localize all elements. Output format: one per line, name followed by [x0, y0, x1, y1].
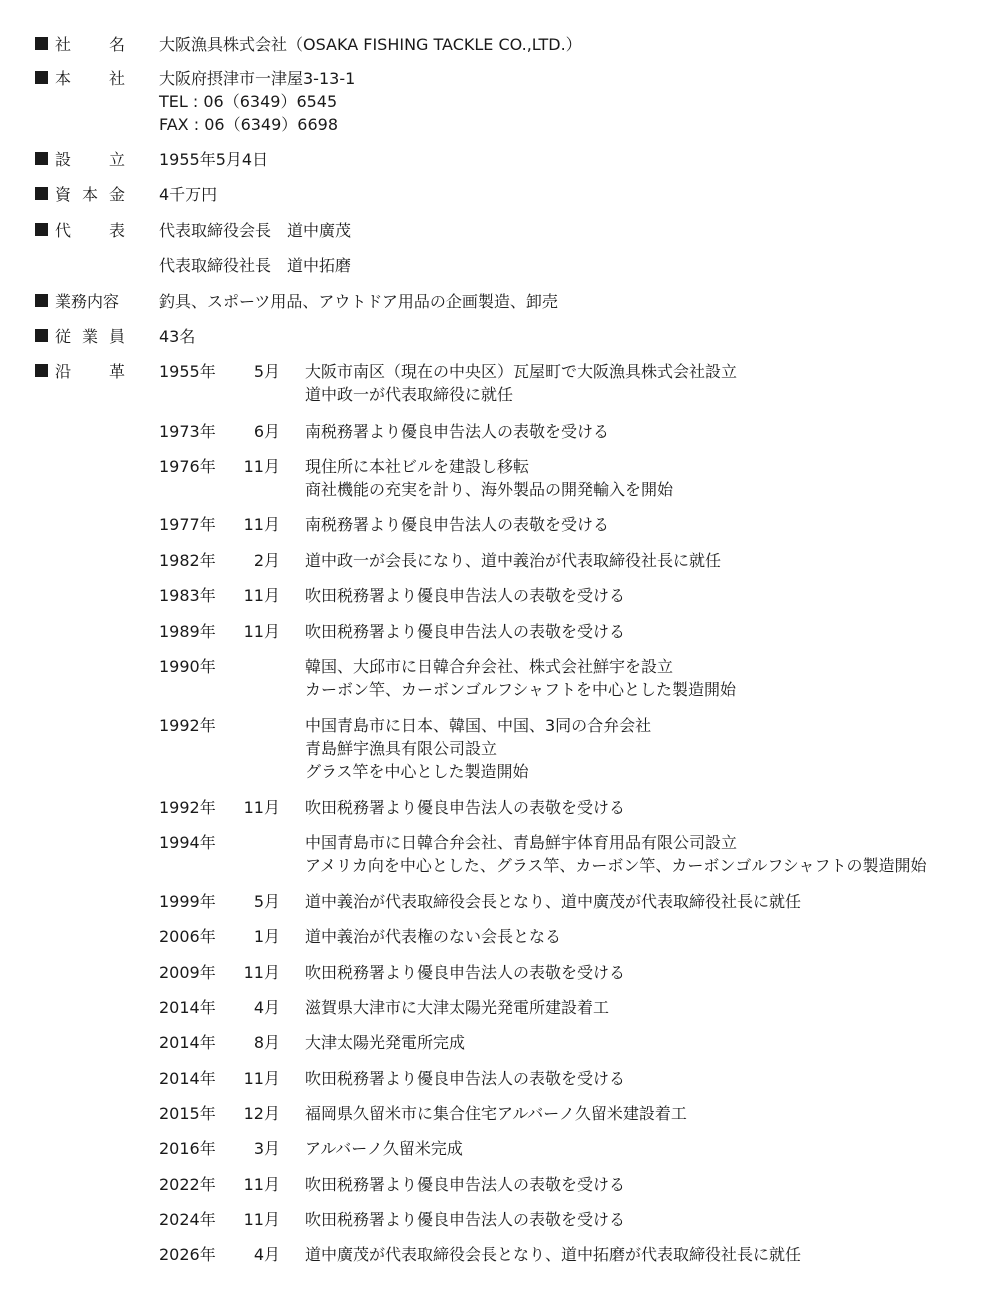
- history-event-line: 道中廣茂が代表取締役会長となり、道中拓磨が代表取締役社長に就任: [305, 1243, 801, 1266]
- square-bullet-icon: [35, 152, 48, 165]
- history-month: 11月: [230, 513, 280, 536]
- history-event-line: 吹田税務署より優良申告法人の表敬を受ける: [305, 961, 625, 984]
- history-event: 福岡県久留米市に集合住宅アルバーノ久留米建設着工: [305, 1102, 687, 1125]
- history-month: 12月: [230, 1102, 280, 1125]
- history-month: 3月: [230, 1137, 280, 1160]
- field-label: 業務内容: [55, 290, 125, 313]
- field-label: 資 本 金: [55, 183, 125, 206]
- history-event-line: 吹田税務署より優良申告法人の表敬を受ける: [305, 1208, 625, 1231]
- field-label: 社 名: [55, 33, 125, 56]
- history-event-line: 中国青島市に日本、韓国、中国、3同の合弁会社: [305, 714, 651, 737]
- history-month: 11月: [230, 961, 280, 984]
- history-event: 大阪市南区（現在の中央区）瓦屋町で大阪漁具株式会社設立道中政一が代表取締役に就任: [305, 360, 737, 406]
- history-year: 1992年: [159, 796, 216, 819]
- business-value: 釣具、スポーツ用品、アウトドア用品の企画製造、卸売: [159, 290, 558, 313]
- history-month: 11月: [230, 584, 280, 607]
- history-event-line: 道中政一が代表取締役に就任: [305, 383, 737, 406]
- history-event-line: 吹田税務署より優良申告法人の表敬を受ける: [305, 1173, 625, 1196]
- square-bullet-icon: [35, 37, 48, 50]
- company-name-value: 大阪漁具株式会社（OSAKA FISHING TACKLE CO.,LTD.）: [159, 33, 582, 56]
- history-event-line: グラス竿を中心とした製造開始: [305, 760, 651, 783]
- history-month: 11月: [230, 1173, 280, 1196]
- history-event-line: 道中義治が代表権のない会長となる: [305, 925, 561, 948]
- employees-value: 43名: [159, 325, 195, 348]
- history-month: 4月: [230, 1243, 280, 1266]
- square-bullet-icon: [35, 223, 48, 236]
- history-event: 南税務署より優良申告法人の表敬を受ける: [305, 420, 609, 443]
- history-event: 吹田税務署より優良申告法人の表敬を受ける: [305, 620, 625, 643]
- history-year: 1999年: [159, 890, 216, 913]
- history-event-line: 青島鮮宇漁具有限公司設立: [305, 737, 651, 760]
- history-event-line: 滋賀県大津市に大津太陽光発電所建設着工: [305, 996, 609, 1019]
- history-event-line: 吹田税務署より優良申告法人の表敬を受ける: [305, 620, 625, 643]
- history-event: 吹田税務署より優良申告法人の表敬を受ける: [305, 1173, 625, 1196]
- history-year: 1992年: [159, 714, 216, 737]
- field-label: 従 業 員: [55, 325, 125, 348]
- history-event: 吹田税務署より優良申告法人の表敬を受ける: [305, 796, 625, 819]
- history-year: 1983年: [159, 584, 216, 607]
- history-event: 中国青島市に日本、韓国、中国、3同の合弁会社青島鮮宇漁具有限公司設立グラス竿を中…: [305, 714, 651, 783]
- history-month: 6月: [230, 420, 280, 443]
- square-bullet-icon: [35, 294, 48, 307]
- history-year: 2022年: [159, 1173, 216, 1196]
- field-label: 本 社: [55, 67, 125, 90]
- history-year: 2016年: [159, 1137, 216, 1160]
- fax: FAX : 06（6349）6698: [159, 113, 355, 136]
- history-event-line: アルバーノ久留米完成: [305, 1137, 463, 1160]
- history-event-line: 吹田税務署より優良申告法人の表敬を受ける: [305, 1067, 625, 1090]
- history-event-line: 大阪市南区（現在の中央区）瓦屋町で大阪漁具株式会社設立: [305, 360, 737, 383]
- history-year: 2006年: [159, 925, 216, 948]
- history-event: 大津太陽光発電所完成: [305, 1031, 465, 1054]
- history-event: 道中政一が会長になり、道中義治が代表取締役社長に就任: [305, 549, 721, 572]
- history-year: 1955年: [159, 360, 216, 383]
- history-month: 11月: [230, 455, 280, 478]
- history-year: 2009年: [159, 961, 216, 984]
- square-bullet-icon: [35, 71, 48, 84]
- history-event-line: 南税務署より優良申告法人の表敬を受ける: [305, 420, 609, 443]
- representative-chairman: 代表取締役会長 道中廣茂: [159, 219, 351, 242]
- history-month: 8月: [230, 1031, 280, 1054]
- history-event-line: 道中義治が代表取締役会長となり、道中廣茂が代表取締役社長に就任: [305, 890, 801, 913]
- history-year: 2026年: [159, 1243, 216, 1266]
- history-month: 4月: [230, 996, 280, 1019]
- history-event-line: 道中政一が会長になり、道中義治が代表取締役社長に就任: [305, 549, 721, 572]
- founded-value: 1955年5月4日: [159, 148, 268, 171]
- history-event-line: 商社機能の充実を計り、海外製品の開発輸入を開始: [305, 478, 673, 501]
- history-event-line: 大津太陽光発電所完成: [305, 1031, 465, 1054]
- history-year: 1977年: [159, 513, 216, 536]
- history-event-line: 中国青島市に日韓合弁会社、青島鮮宇体育用品有限公司設立: [305, 831, 926, 854]
- history-event: 吹田税務署より優良申告法人の表敬を受ける: [305, 961, 625, 984]
- history-event-line: 南税務署より優良申告法人の表敬を受ける: [305, 513, 609, 536]
- history-month: 1月: [230, 925, 280, 948]
- history-event: アルバーノ久留米完成: [305, 1137, 463, 1160]
- history-event: 吹田税務署より優良申告法人の表敬を受ける: [305, 584, 625, 607]
- history-year: 2014年: [159, 1031, 216, 1054]
- history-event: 中国青島市に日韓合弁会社、青島鮮宇体育用品有限公司設立アメリカ向を中心とした、グ…: [305, 831, 926, 877]
- history-event-line: 現住所に本社ビルを建設し移転: [305, 455, 673, 478]
- history-year: 2024年: [159, 1208, 216, 1231]
- history-year: 1989年: [159, 620, 216, 643]
- history-event-line: 吹田税務署より優良申告法人の表敬を受ける: [305, 796, 625, 819]
- tel: TEL : 06（6349）6545: [159, 90, 355, 113]
- square-bullet-icon: [35, 329, 48, 342]
- history-event: 現住所に本社ビルを建設し移転商社機能の充実を計り、海外製品の開発輸入を開始: [305, 455, 673, 501]
- history-year: 2015年: [159, 1102, 216, 1125]
- history-event-line: アメリカ向を中心とした、グラス竿、カーボン竿、カーボンゴルフシャフトの製造開始: [305, 854, 926, 877]
- history-month: 11月: [230, 1067, 280, 1090]
- history-year: 2014年: [159, 1067, 216, 1090]
- address: 大阪府摂津市一津屋3-13-1: [159, 67, 355, 90]
- history-event: 吹田税務署より優良申告法人の表敬を受ける: [305, 1208, 625, 1231]
- history-event: 吹田税務署より優良申告法人の表敬を受ける: [305, 1067, 625, 1090]
- history-year: 1990年: [159, 655, 216, 678]
- history-year: 2014年: [159, 996, 216, 1019]
- history-month: 11月: [230, 1208, 280, 1231]
- representative-president: 代表取締役社長 道中拓磨: [159, 254, 351, 277]
- history-event-line: 吹田税務署より優良申告法人の表敬を受ける: [305, 584, 625, 607]
- history-event: 滋賀県大津市に大津太陽光発電所建設着工: [305, 996, 609, 1019]
- field-label: 沿 革: [55, 360, 125, 383]
- history-event-line: 韓国、大邱市に日韓合弁会社、株式会社鮮宇を設立: [305, 655, 736, 678]
- square-bullet-icon: [35, 364, 48, 377]
- history-month: 5月: [230, 890, 280, 913]
- history-year: 1976年: [159, 455, 216, 478]
- field-label: 設 立: [55, 148, 125, 171]
- history-event: 道中廣茂が代表取締役会長となり、道中拓磨が代表取締役社長に就任: [305, 1243, 801, 1266]
- field-label: 代 表: [55, 219, 125, 242]
- history-event: 南税務署より優良申告法人の表敬を受ける: [305, 513, 609, 536]
- history-event-line: カーボン竿、カーボンゴルフシャフトを中心とした製造開始: [305, 678, 736, 701]
- history-event: 道中義治が代表権のない会長となる: [305, 925, 561, 948]
- history-month: 11月: [230, 796, 280, 819]
- history-month: 2月: [230, 549, 280, 572]
- square-bullet-icon: [35, 187, 48, 200]
- history-year: 1994年: [159, 831, 216, 854]
- history-event: 道中義治が代表取締役会長となり、道中廣茂が代表取締役社長に就任: [305, 890, 801, 913]
- history-year: 1982年: [159, 549, 216, 572]
- headquarters-value: 大阪府摂津市一津屋3-13-1 TEL : 06（6349）6545 FAX :…: [159, 67, 355, 136]
- history-event-line: 福岡県久留米市に集合住宅アルバーノ久留米建設着工: [305, 1102, 687, 1125]
- history-month: 5月: [230, 360, 280, 383]
- capital-value: 4千万円: [159, 183, 217, 206]
- history-month: 11月: [230, 620, 280, 643]
- history-year: 1973年: [159, 420, 216, 443]
- history-event: 韓国、大邱市に日韓合弁会社、株式会社鮮宇を設立カーボン竿、カーボンゴルフシャフト…: [305, 655, 736, 701]
